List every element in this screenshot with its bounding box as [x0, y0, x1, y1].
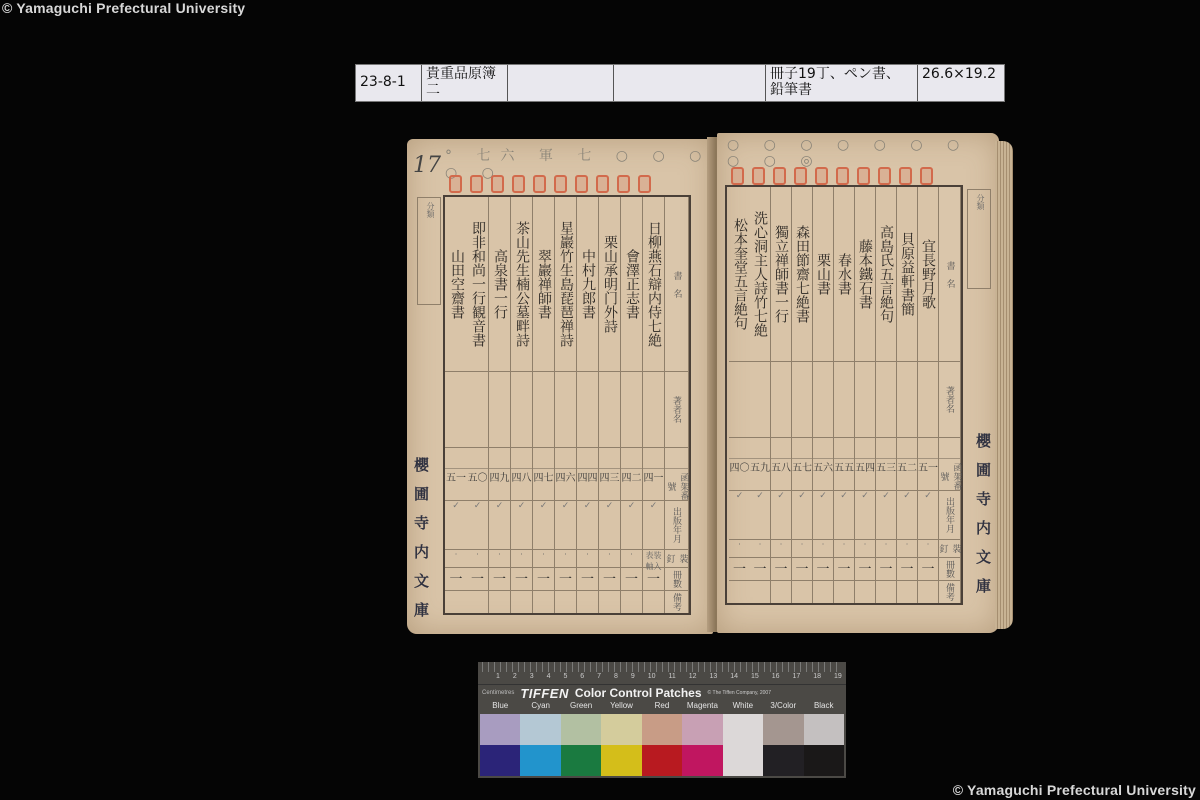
open-ledger-book: 17 ° 七六 軍 七 ○ ○ ○ ○ ○ 分類 櫻圃寺内文庫 書 名 著者名 …	[407, 133, 1015, 638]
header-spacer	[665, 448, 688, 469]
ruler-ticks	[482, 662, 842, 672]
patch-label-cyan: Cyan	[520, 701, 560, 714]
header-title: 書 名	[665, 197, 688, 372]
library-stamp-left: 櫻圃寺内文庫	[411, 457, 432, 631]
patch-label-white: White	[723, 701, 763, 714]
entry-title: 茶山先生楠公墓畔詩	[511, 197, 532, 372]
entry-count: 一	[533, 568, 554, 591]
entry-title: 森田節齋七絶書	[792, 187, 812, 362]
chart-header: Centimetres TIFFEN Color Control Patches…	[478, 685, 846, 701]
patch-label-black: Black	[804, 701, 844, 714]
entry-title: 日柳燕石辯内侍七絶	[643, 197, 664, 372]
patch-green	[561, 714, 601, 776]
patch-label-green: Green	[561, 701, 601, 714]
entry-title: 藤本鐵石書	[855, 187, 875, 362]
entry-title: 中村九郎書	[577, 197, 598, 372]
header-author: 著者名	[939, 362, 960, 438]
table-row: 洗心洞主人詩竹七絶五九✓·一	[750, 187, 771, 603]
seal-stamp-icon	[512, 175, 525, 193]
seal-stamp-icon	[731, 167, 744, 185]
catalog-label: 23-8-1 貴重品原簿二 冊子19丁、ペン書、鉛筆書 26.6×19.2	[355, 64, 1005, 102]
header-binding: 裝釘	[665, 550, 688, 568]
entry-count: 一	[555, 568, 576, 591]
entry-count: 一	[729, 558, 750, 581]
table-row: 藤本鐵石書五四✓·一	[855, 187, 876, 603]
cm-tick: 6	[580, 673, 584, 680]
cm-tick: 3	[530, 673, 534, 680]
ledger-table-right: 書 名 著者名 函架番號 出版年月 裝釘 冊數 備考 宜長野月歌五一✓·一 貝原…	[725, 185, 963, 605]
entry-count: 一	[643, 568, 664, 591]
entry-number: 四六	[555, 469, 576, 501]
header-column: 書 名 著者名 函架番號 出版年月 裝釘 冊數 備考	[665, 197, 689, 613]
table-row: 星巖竹生島琵琶禅詩四六✓·一	[555, 197, 577, 613]
patch-cyan	[520, 714, 560, 776]
entry-number: 四八	[511, 469, 532, 501]
seal-stamp-icon	[533, 175, 546, 193]
cm-tick: 9	[631, 673, 635, 680]
seal-stamps-left	[449, 175, 651, 193]
table-row: 翠巖禅師書四七✓·一	[533, 197, 555, 613]
ruler: 12345678910111213141516171819	[478, 662, 846, 685]
table-row: 即非和尚一行観音書五〇✓·一	[467, 197, 489, 613]
seal-stamp-icon	[815, 167, 828, 185]
cm-tick: 17	[792, 673, 800, 680]
cm-tick: 8	[614, 673, 618, 680]
entry-title: 洗心洞主人詩竹七絶	[750, 187, 770, 362]
cm-tick: 19	[834, 673, 842, 680]
header-case-no: 函架番號	[939, 459, 960, 491]
header-column: 書 名 著者名 函架番號 出版年月 裝釘 冊數 備考	[939, 187, 961, 603]
header-notes: 備考	[665, 591, 688, 613]
cm-tick: 11	[668, 673, 675, 680]
table-row: 高泉書一行四九✓·一	[489, 197, 511, 613]
entry-number: 五九	[750, 459, 770, 491]
entry-number: 四〇	[729, 459, 750, 491]
entry-count: 一	[445, 568, 467, 591]
entry-count: 一	[771, 558, 791, 581]
entry-count: 一	[489, 568, 510, 591]
color-patches	[478, 714, 846, 776]
entry-title: 栗山承明门外詩	[599, 197, 620, 372]
chart-title: Color Control Patches	[575, 686, 702, 700]
entry-number: 五四	[855, 459, 875, 491]
entry-number: 五一	[445, 469, 467, 501]
entry-number: 五三	[876, 459, 896, 491]
table-row: 山田空齋書五一✓·一	[445, 197, 467, 613]
entry-count: 一	[621, 568, 642, 591]
cm-tick: 16	[772, 673, 780, 680]
header-date: 出版年月	[939, 491, 960, 540]
table-row: 日柳燕石辯内侍七絶四一✓表装軸入一	[643, 197, 665, 613]
entry-number: 四九	[489, 469, 510, 501]
header-case-no: 函架番號	[665, 469, 688, 501]
entry-number: 四二	[621, 469, 642, 501]
entry-count: 一	[855, 558, 875, 581]
header-spacer	[939, 438, 960, 459]
cm-tick: 13	[709, 673, 717, 680]
entry-number: 四三	[599, 469, 620, 501]
seal-stamp-icon	[596, 175, 609, 193]
cm-tick: 7	[597, 673, 601, 680]
patch-label-yellow: Yellow	[601, 701, 641, 714]
page-edges	[995, 141, 1013, 629]
entry-number: 五六	[813, 459, 833, 491]
seal-stamp-icon	[752, 167, 765, 185]
header-count: 冊數	[939, 558, 960, 581]
entry-number: 四一	[643, 469, 664, 501]
patch-label-magenta: Magenta	[682, 701, 722, 714]
table-row: 茶山先生楠公墓畔詩四八✓·一	[511, 197, 533, 613]
seal-stamp-icon	[773, 167, 786, 185]
seal-stamp-icon	[575, 175, 588, 193]
entry-number: 五二	[897, 459, 917, 491]
patch-labels: Blue Cyan Green Yellow Red Magenta White…	[478, 701, 846, 714]
seal-stamp-icon	[617, 175, 630, 193]
seal-stamp-icon	[899, 167, 912, 185]
catalog-id: 23-8-1	[356, 65, 422, 101]
table-row: 松本奎堂五言絶句四〇✓·一	[729, 187, 750, 603]
right-page: ○ ○ ○ ○ ○ ○ ○ ○ ○ ◎ 分類 櫻圃寺内文庫 書 名 著者名 函架…	[717, 133, 999, 633]
entry-number: 五一	[918, 459, 938, 491]
entry-title: 會澤正志書	[621, 197, 642, 372]
header-author: 著者名	[665, 372, 688, 448]
entry-title: 即非和尚一行観音書	[467, 197, 488, 372]
entry-number: 五〇	[467, 469, 488, 501]
copyright-top-left: © Yamaguchi Prefectural University	[2, 0, 245, 16]
entry-number: 四七	[533, 469, 554, 501]
patch-black	[804, 714, 844, 776]
patch-3color	[763, 714, 803, 776]
seal-stamp-icon	[878, 167, 891, 185]
entry-title: 山田空齋書	[445, 197, 467, 372]
cm-scale: 12345678910111213141516171819	[496, 673, 842, 680]
table-row: 栗山承明门外詩四三✓·一	[599, 197, 621, 613]
seal-stamp-icon	[857, 167, 870, 185]
entry-count: 一	[750, 558, 770, 581]
cm-tick: 10	[648, 673, 656, 680]
entry-count: 一	[599, 568, 620, 591]
patch-magenta	[682, 714, 722, 776]
cm-tick: 5	[563, 673, 567, 680]
entry-number: 五五	[834, 459, 854, 491]
cm-tick: 15	[751, 673, 759, 680]
entry-count: 一	[876, 558, 896, 581]
entry-count: 一	[918, 558, 938, 581]
table-row: 獨立禅師書一行五八✓·一	[771, 187, 792, 603]
seal-stamp-icon	[638, 175, 651, 193]
ledger-table-left: 書 名 著者名 函架番號 出版年月 裝釘 冊數 備考 日柳燕石辯内侍七絶四一✓表…	[443, 195, 691, 615]
entry-count: 一	[792, 558, 812, 581]
patch-blue	[480, 714, 520, 776]
patch-white	[723, 714, 763, 776]
cm-tick: 1	[496, 673, 500, 680]
entry-title: 松本奎堂五言絶句	[729, 187, 750, 362]
pencil-marks-right: ○ ○ ○ ○ ○ ○ ○ ○ ○ ◎	[727, 137, 999, 169]
seal-stamp-icon	[794, 167, 807, 185]
entry-count: 一	[897, 558, 917, 581]
entry-number: 四四	[577, 469, 598, 501]
entry-number: 五八	[771, 459, 791, 491]
patch-yellow	[601, 714, 641, 776]
classification-box: 分類	[967, 189, 991, 289]
entry-title: 貝原益軒書簡	[897, 187, 917, 362]
header-title: 書 名	[939, 187, 960, 362]
entry-count: 一	[467, 568, 488, 591]
centimetres-label: Centimetres	[482, 690, 514, 696]
seal-stamp-icon	[491, 175, 504, 193]
catalog-size: 26.6×19.2	[918, 65, 1004, 101]
color-control-chart: 12345678910111213141516171819 Centimetre…	[478, 662, 846, 778]
seal-stamp-icon	[920, 167, 933, 185]
entry-title: 宜長野月歌	[918, 187, 938, 362]
seal-stamp-icon	[554, 175, 567, 193]
patch-red	[642, 714, 682, 776]
entry-count: 一	[834, 558, 854, 581]
entry-title: 栗山書	[813, 187, 833, 362]
left-page: 17 ° 七六 軍 七 ○ ○ ○ ○ ○ 分類 櫻圃寺内文庫 書 名 著者名 …	[407, 139, 713, 634]
table-row: 會澤正志書四二✓·一	[621, 197, 643, 613]
tiffen-logo: TIFFEN	[520, 686, 569, 701]
entry-title: 高島氏五言絶句	[876, 187, 896, 362]
table-row: 中村九郎書四四✓·一	[577, 197, 599, 613]
entry-number: 五七	[792, 459, 812, 491]
cm-tick: 12	[689, 673, 697, 680]
classification-box: 分類	[417, 197, 441, 305]
seal-stamp-icon	[449, 175, 462, 193]
patch-label-3color: 3/Color	[763, 701, 803, 714]
entry-title: 春水書	[834, 187, 854, 362]
page-number: 17	[413, 153, 441, 178]
catalog-title: 貴重品原簿二	[422, 65, 508, 101]
entry-count: 一	[511, 568, 532, 591]
catalog-blank-1	[508, 65, 614, 101]
entry-title: 翠巖禅師書	[533, 197, 554, 372]
patch-label-red: Red	[642, 701, 682, 714]
chart-copyright: © The Tiffen Company, 2007	[708, 690, 771, 696]
entry-binding: 表装軸入	[643, 550, 664, 568]
entry-title: 獨立禅師書一行	[771, 187, 791, 362]
table-row: 栗山書五六✓·一	[813, 187, 834, 603]
library-stamp-right: 櫻圃寺内文庫	[973, 433, 994, 607]
header-binding: 裝釘	[939, 540, 960, 558]
entry-title: 高泉書一行	[489, 197, 510, 372]
entry-count: 一	[813, 558, 833, 581]
table-row: 貝原益軒書簡五二✓·一	[897, 187, 918, 603]
cm-tick: 18	[813, 673, 821, 680]
catalog-format: 冊子19丁、ペン書、鉛筆書	[766, 65, 918, 101]
table-row: 高島氏五言絶句五三✓·一	[876, 187, 897, 603]
copyright-bottom-right: © Yamaguchi Prefectural University	[953, 782, 1196, 798]
header-date: 出版年月	[665, 501, 688, 550]
cm-tick: 2	[513, 673, 517, 680]
seal-stamp-icon	[470, 175, 483, 193]
table-row: 森田節齋七絶書五七✓·一	[792, 187, 813, 603]
header-notes: 備考	[939, 581, 960, 603]
seal-stamp-icon	[836, 167, 849, 185]
entry-title: 星巖竹生島琵琶禅詩	[555, 197, 576, 372]
table-row: 春水書五五✓·一	[834, 187, 855, 603]
cm-tick: 14	[730, 673, 738, 680]
cm-tick: 4	[547, 673, 551, 680]
catalog-blank-2	[614, 65, 766, 101]
seal-stamps-right	[731, 167, 933, 185]
entry-count: 一	[577, 568, 598, 591]
header-count: 冊數	[665, 568, 688, 591]
patch-label-blue: Blue	[480, 701, 520, 714]
